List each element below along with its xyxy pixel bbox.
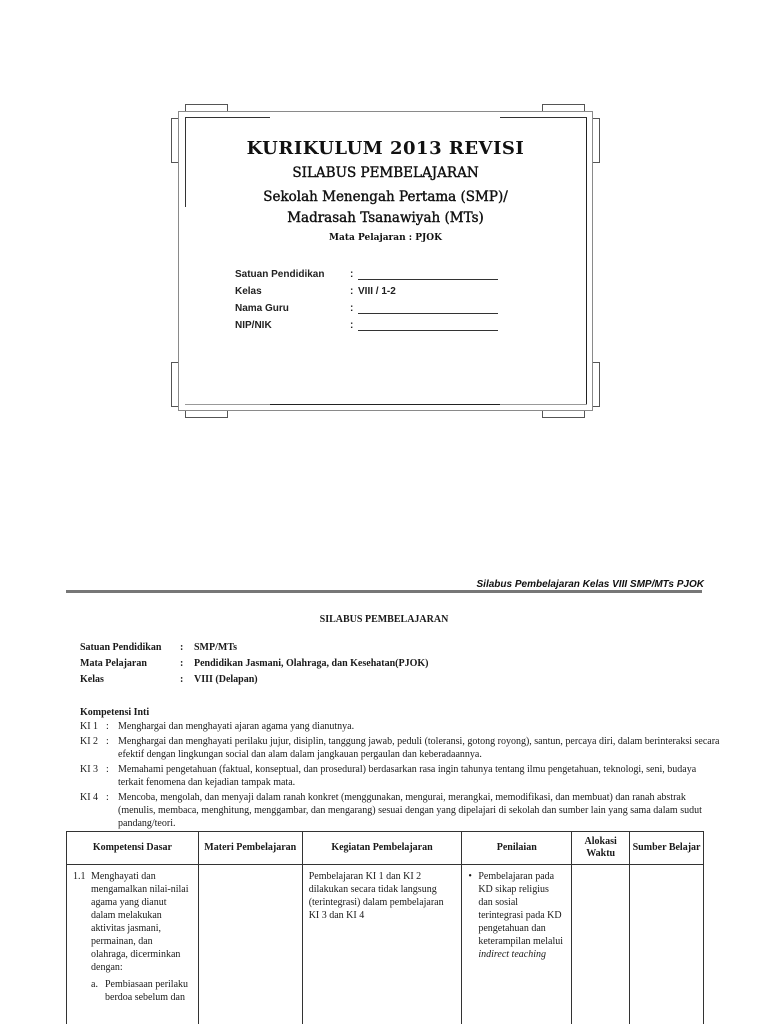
cell-sumber-belajar: [630, 865, 704, 1024]
cover-info-fields: Satuan Pendidikan : Kelas : VIII / 1-2 N…: [235, 266, 498, 334]
ki-code: KI 2: [80, 735, 106, 761]
header-materi: Materi Pembelajaran: [198, 832, 302, 865]
cover-school-line2: Madrasah Tsanawiyah (MTs): [178, 210, 593, 226]
ki-text: Mencoba, mengolah, dan menyaji dalam ran…: [118, 791, 720, 830]
header-kompetensi-dasar: Kompetensi Dasar: [67, 832, 199, 865]
info-blank-line[interactable]: [358, 270, 498, 280]
header-penilaian: Penilaian: [462, 832, 572, 865]
cover-subject: Mata Pelajaran : PJOK: [178, 233, 593, 243]
cover-title: KURIKULUM 2013 REVISI: [178, 138, 593, 159]
ki-text: Memahami pengetahuan (faktual, konseptua…: [118, 763, 720, 789]
meta-row: Kelas : VIII (Delapan): [80, 674, 428, 690]
ki-code: KI 3: [80, 763, 106, 789]
frame-tab: [592, 362, 600, 407]
frame-tab: [185, 411, 228, 418]
ki-code: KI 4: [80, 791, 106, 830]
info-value: VIII / 1-2: [358, 286, 396, 297]
info-row-nip-nik: NIP/NIK :: [235, 317, 498, 334]
ki-text: Menghargai dan menghayati ajaran agama y…: [118, 720, 720, 733]
ki-code: KI 1: [80, 720, 106, 733]
running-header: Silabus Pembelajaran Kelas VIII SMP/MTs …: [477, 579, 705, 590]
ki-colon: :: [106, 735, 118, 761]
frame-line: [500, 117, 587, 118]
frame-tab: [542, 411, 585, 418]
header-alokasi-waktu: Alokasi Waktu: [572, 832, 630, 865]
frame-line: [185, 404, 270, 405]
info-label: Nama Guru: [235, 303, 350, 314]
penilaian-text: Pembelajaran pada KD sikap religius dan …: [478, 870, 565, 961]
kd-sub-text: Pembiasaan perilaku berdoa sebelum dan: [105, 978, 192, 1004]
meta-value: VIII (Delapan): [194, 674, 258, 690]
info-blank-line[interactable]: [358, 321, 498, 331]
cell-materi: [198, 865, 302, 1024]
penilaian-text-plain: Pembelajaran pada KD sikap religius dan …: [478, 871, 563, 947]
info-colon: :: [350, 286, 358, 297]
ki-list: KI 1 : Menghargai dan menghayati ajaran …: [80, 720, 720, 832]
cell-kompetensi-dasar: 1.1 Menghayati dan mengamalkan nilai-nil…: [67, 865, 199, 1024]
kd-text: Menghayati dan mengamalkan nilai-nilai a…: [73, 870, 192, 974]
meta-label: Kelas: [80, 674, 180, 690]
info-label: NIP/NIK: [235, 320, 350, 331]
ki-colon: :: [106, 791, 118, 830]
ki-item: KI 4 : Mencoba, mengolah, dan menyaji da…: [80, 791, 720, 830]
cover-subtitle: SILABUS PEMBELAJARAN: [178, 165, 593, 181]
meta-label: Mata Pelajaran: [80, 658, 180, 674]
info-row-satuan-pendidikan: Satuan Pendidikan :: [235, 266, 498, 283]
info-row-kelas: Kelas : VIII / 1-2: [235, 283, 498, 300]
ki-item: KI 2 : Menghargai dan menghayati perilak…: [80, 735, 720, 761]
kd-sub-letter: a.: [91, 978, 105, 1004]
info-colon: :: [350, 320, 358, 331]
frame-line: [500, 404, 587, 405]
meta-value: Pendidikan Jasmani, Olahraga, dan Keseha…: [194, 658, 428, 674]
ki-item: KI 1 : Menghargai dan menghayati ajaran …: [80, 720, 720, 733]
info-colon: :: [350, 269, 358, 280]
info-row-nama-guru: Nama Guru :: [235, 300, 498, 317]
cover-school-line1: Sekolah Menengah Pertama (SMP)/: [178, 189, 593, 205]
meta-colon: :: [180, 674, 194, 690]
ki-item: KI 3 : Memahami pengetahuan (faktual, ko…: [80, 763, 720, 789]
header-sumber-belajar: Sumber Belajar: [630, 832, 704, 865]
penilaian-bullet-item: • Pembelajaran pada KD sikap religius da…: [468, 870, 565, 961]
document-title: SILABUS PEMBELAJARAN: [0, 614, 768, 625]
meta-value: SMP/MTs: [194, 642, 237, 658]
meta-row: Satuan Pendidikan : SMP/MTs: [80, 642, 428, 658]
kd-number: 1.1: [73, 870, 91, 883]
ki-colon: :: [106, 720, 118, 733]
info-label: Satuan Pendidikan: [235, 269, 350, 280]
info-blank-line[interactable]: [358, 304, 498, 314]
frame-inner-border: [185, 117, 587, 405]
ki-colon: :: [106, 763, 118, 789]
document-meta: Satuan Pendidikan : SMP/MTs Mata Pelajar…: [80, 642, 428, 690]
frame-line: [185, 117, 270, 118]
ki-text: Menghargai dan menghayati perilaku jujur…: [118, 735, 720, 761]
syllabus-table: Kompetensi Dasar Materi Pembelajaran Keg…: [66, 831, 704, 1024]
cell-penilaian: • Pembelajaran pada KD sikap religius da…: [462, 865, 572, 1024]
info-label: Kelas: [235, 286, 350, 297]
kd-sub-item: a. Pembiasaan perilaku berdoa sebelum da…: [73, 978, 192, 1004]
meta-colon: :: [180, 642, 194, 658]
info-colon: :: [350, 303, 358, 314]
header-kegiatan: Kegiatan Pembelajaran: [302, 832, 462, 865]
cell-kegiatan: Pembelajaran KI 1 dan KI 2 dilakukan sec…: [302, 865, 462, 1024]
frame-tab: [592, 118, 600, 163]
table-header-row: Kompetensi Dasar Materi Pembelajaran Keg…: [67, 832, 704, 865]
header-rule: [66, 590, 702, 593]
penilaian-text-italic: indirect teaching: [478, 949, 546, 960]
meta-label: Satuan Pendidikan: [80, 642, 180, 658]
table-row: 1.1 Menghayati dan mengamalkan nilai-nil…: [67, 865, 704, 1024]
ki-heading: Kompetensi Inti: [80, 707, 149, 718]
cell-alokasi-waktu: [572, 865, 630, 1024]
bullet-icon: •: [468, 870, 478, 961]
meta-colon: :: [180, 658, 194, 674]
meta-row: Mata Pelajaran : Pendidikan Jasmani, Ola…: [80, 658, 428, 674]
